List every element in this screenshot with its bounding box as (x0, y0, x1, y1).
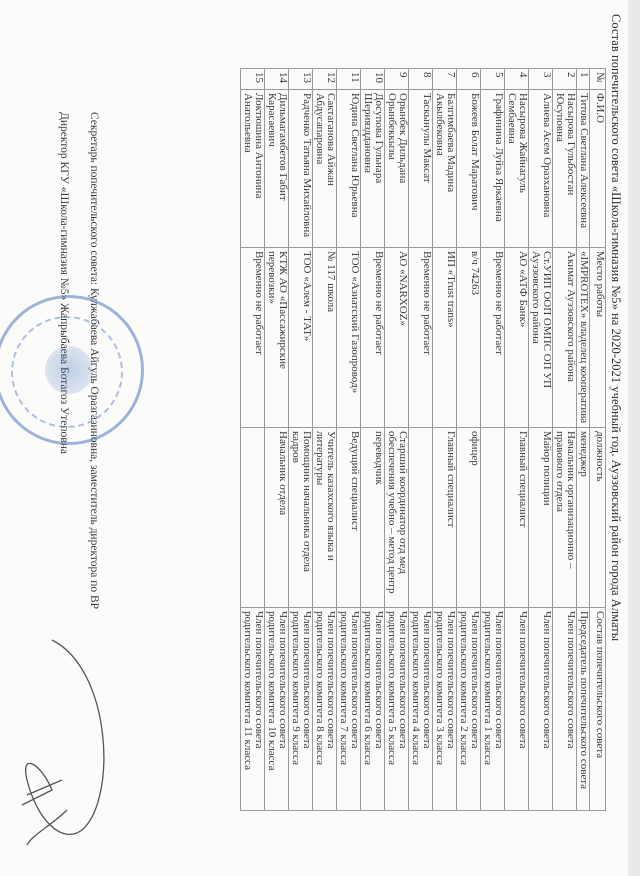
cell-position: менеджер (577, 428, 590, 608)
cell-num: 5 (481, 69, 505, 90)
table-row: 15Локтюшина Антонина АнатольевнаВременно… (241, 69, 265, 811)
cell-role: Член попечительского совета (505, 608, 529, 811)
header-name: Ф.И.О (590, 90, 606, 248)
cell-role: Член попечительского совета родительског… (289, 608, 313, 811)
cell-work: Временно не работает (241, 248, 265, 428)
cell-position (481, 428, 505, 608)
cell-work: «IMPROTEX» владелец кооператива (577, 248, 590, 428)
cell-num: 11 (337, 69, 361, 90)
table-row: 13Радченко Татьяна МихайловнаТОО «Алем -… (289, 69, 313, 811)
cell-name: Насырова Жайнагуль Сембаевна (505, 90, 529, 248)
cell-num: 12 (313, 69, 337, 90)
cell-position: Начальник организационно – правового отд… (553, 428, 577, 608)
cell-name: Алиева Асем Оразхановна (529, 90, 553, 248)
cell-work: АО «АТФ Банк» (505, 248, 529, 428)
cell-work: Временно не работает (361, 248, 385, 428)
cell-num: 2 (553, 69, 577, 90)
cell-num: 6 (457, 69, 481, 90)
cell-num: 4 (505, 69, 529, 90)
cell-name: Орынбек Дильдана Орынбеккызы (385, 90, 409, 248)
cell-work: КТЖ АО «Пассажирские перевозки» (265, 248, 289, 428)
stamp-emblem (45, 346, 93, 394)
table-row: 7Балгимбаева Мадина АкылбековнаИП «Trust… (433, 69, 457, 811)
table-row: 4Насырова Жайнагуль СембаевнаАО «АТФ Бан… (505, 69, 529, 811)
table-row: 1Титова Светлана Алексеевна«IMPROTEX» вл… (577, 69, 590, 811)
cell-name: Графинина Луйза Яркаевна (481, 90, 505, 248)
cell-position (241, 428, 265, 608)
cell-name: Титова Светлана Алексеевна (577, 90, 590, 248)
cell-work: в/ч 74263 (457, 248, 481, 428)
cell-name: Балгимбаева Мадина Акылбековна (433, 90, 457, 248)
cell-role: Член попечительского совета (529, 608, 553, 811)
cell-position: переводчик (361, 428, 385, 608)
cell-name: Локтюшина Антонина Анатольевна (241, 90, 265, 248)
cell-role: Член попечительского совета родительског… (265, 608, 289, 811)
table-row: 12Сактаганова Айжан Абдусапаровна№ 117 ш… (313, 69, 337, 811)
cell-position: Помощник начальника отдела кадров (289, 428, 313, 608)
cell-role: Член попечительского совета родительског… (361, 608, 385, 811)
table-body: 1Титова Светлана Алексеевна«IMPROTEX» вл… (241, 69, 590, 811)
cell-role: Член попечительского совета родительског… (481, 608, 505, 811)
cell-work: ТОО «Алем - ТАТ» (289, 248, 313, 428)
cell-position: Главный специалист (505, 428, 529, 608)
header-position: должность (590, 428, 606, 608)
cell-position: Ведущий специалист (337, 428, 361, 608)
council-table: № Ф.И.О Место работы должность Состав по… (241, 68, 607, 811)
table-row: 9Орынбек Дильдана ОрынбеккызыАО «NARXOZ»… (385, 69, 409, 811)
cell-name: Юдина Светлана Юрьевна (337, 90, 361, 248)
cell-name: Божеев Болат Маратович (457, 90, 481, 248)
table-row: 11Юдина Светлана ЮрьевнаТОО «Азиатский Г… (337, 69, 361, 811)
document-title: Состав попечительского совета «Школа-гим… (608, 14, 623, 874)
cell-position: Начальник отдела (265, 428, 289, 608)
cell-position: Учитель казахского языка и литературы (313, 428, 337, 608)
table-row: 6Божеев Болат Маратовичв/ч 74263офицерЧл… (457, 69, 481, 811)
cell-role: Член попечительского совета родительског… (409, 608, 433, 811)
cell-name: Таскынулы Максат (409, 90, 433, 248)
cell-num: 10 (361, 69, 385, 90)
cell-position: Майор полиции (529, 428, 553, 608)
scanned-page-frame: Состав попечительского совета «Школа-гим… (0, 0, 640, 876)
table-row: 5Графинина Луйза ЯркаевнаВременно не раб… (481, 69, 505, 811)
cell-num: 13 (289, 69, 313, 90)
cell-work: Временно не работает (481, 248, 505, 428)
document-page: Состав попечительского совета «Школа-гим… (0, 0, 640, 876)
table-header-row: № Ф.И.О Место работы должность Состав по… (590, 69, 606, 811)
cell-position (409, 428, 433, 608)
table-row: 14Дильмагамбетов Габит КарасаевичКТЖ АО … (265, 69, 289, 811)
cell-work: АО «NARXOZ» (385, 248, 409, 428)
header-role: Состав попечительского совета (590, 608, 606, 811)
cell-num: 7 (433, 69, 457, 90)
cell-role: Член попечительского совета (553, 608, 577, 811)
page-edge (628, 0, 640, 876)
table-row: 2Насырова Гульбостан ЮсуповнаАкимат Ауэз… (553, 69, 577, 811)
cell-name: Насырова Гульбостан Юсуповна (553, 90, 577, 248)
cell-work: ТОО «Азиатский Газопровод» (337, 248, 361, 428)
cell-position: Старший координатор отд мед обеспечения … (385, 428, 409, 608)
table-row: 8Таскынулы МаксатВременно не работаетЧле… (409, 69, 433, 811)
table-row: 10Досупова Гульнара ШериязддановнаВремен… (361, 69, 385, 811)
official-stamp (0, 295, 144, 445)
cell-work: № 117 школа (313, 248, 337, 428)
cell-work: Акимат Ауэзовского района (553, 248, 577, 428)
cell-name: Сактаганова Айжан Абдусапаровна (313, 90, 337, 248)
cell-num: 3 (529, 69, 553, 90)
cell-role: Председатель попечительского совета (577, 608, 590, 811)
cell-position: Главный специалист (433, 428, 457, 608)
cell-work: ИП «Trust trans» (433, 248, 457, 428)
cell-role: Член попечительского совета родительског… (385, 608, 409, 811)
header-num: № (590, 69, 606, 90)
cell-role: Член попечительского совета родительског… (241, 608, 265, 811)
cell-work: Ст.УИП ООП ОМПС ОП УП Ауэзовского района (529, 248, 553, 428)
cell-num: 9 (385, 69, 409, 90)
cell-num: 1 (577, 69, 590, 90)
cell-role: Член попечительского совета родительског… (457, 608, 481, 811)
cell-work: Временно не работает (409, 248, 433, 428)
header-work: Место работы (590, 248, 606, 428)
cell-role: Член попечительского совета родительског… (313, 608, 337, 811)
cell-name: Досупова Гульнара Шериязддановна (361, 90, 385, 248)
cell-name: Радченко Татьяна Михайловна (289, 90, 313, 248)
cell-num: 8 (409, 69, 433, 90)
table-row: 3Алиева Асем ОразхановнаСт.УИП ООП ОМПС … (529, 69, 553, 811)
cell-num: 15 (241, 69, 265, 90)
signature-mark (2, 630, 122, 860)
cell-position: офицер (457, 428, 481, 608)
cell-num: 14 (265, 69, 289, 90)
cell-role: Член попечительского совета родительског… (337, 608, 361, 811)
cell-name: Дильмагамбетов Габит Карасаевич (265, 90, 289, 248)
cell-role: Член попечительского совета родительског… (433, 608, 457, 811)
